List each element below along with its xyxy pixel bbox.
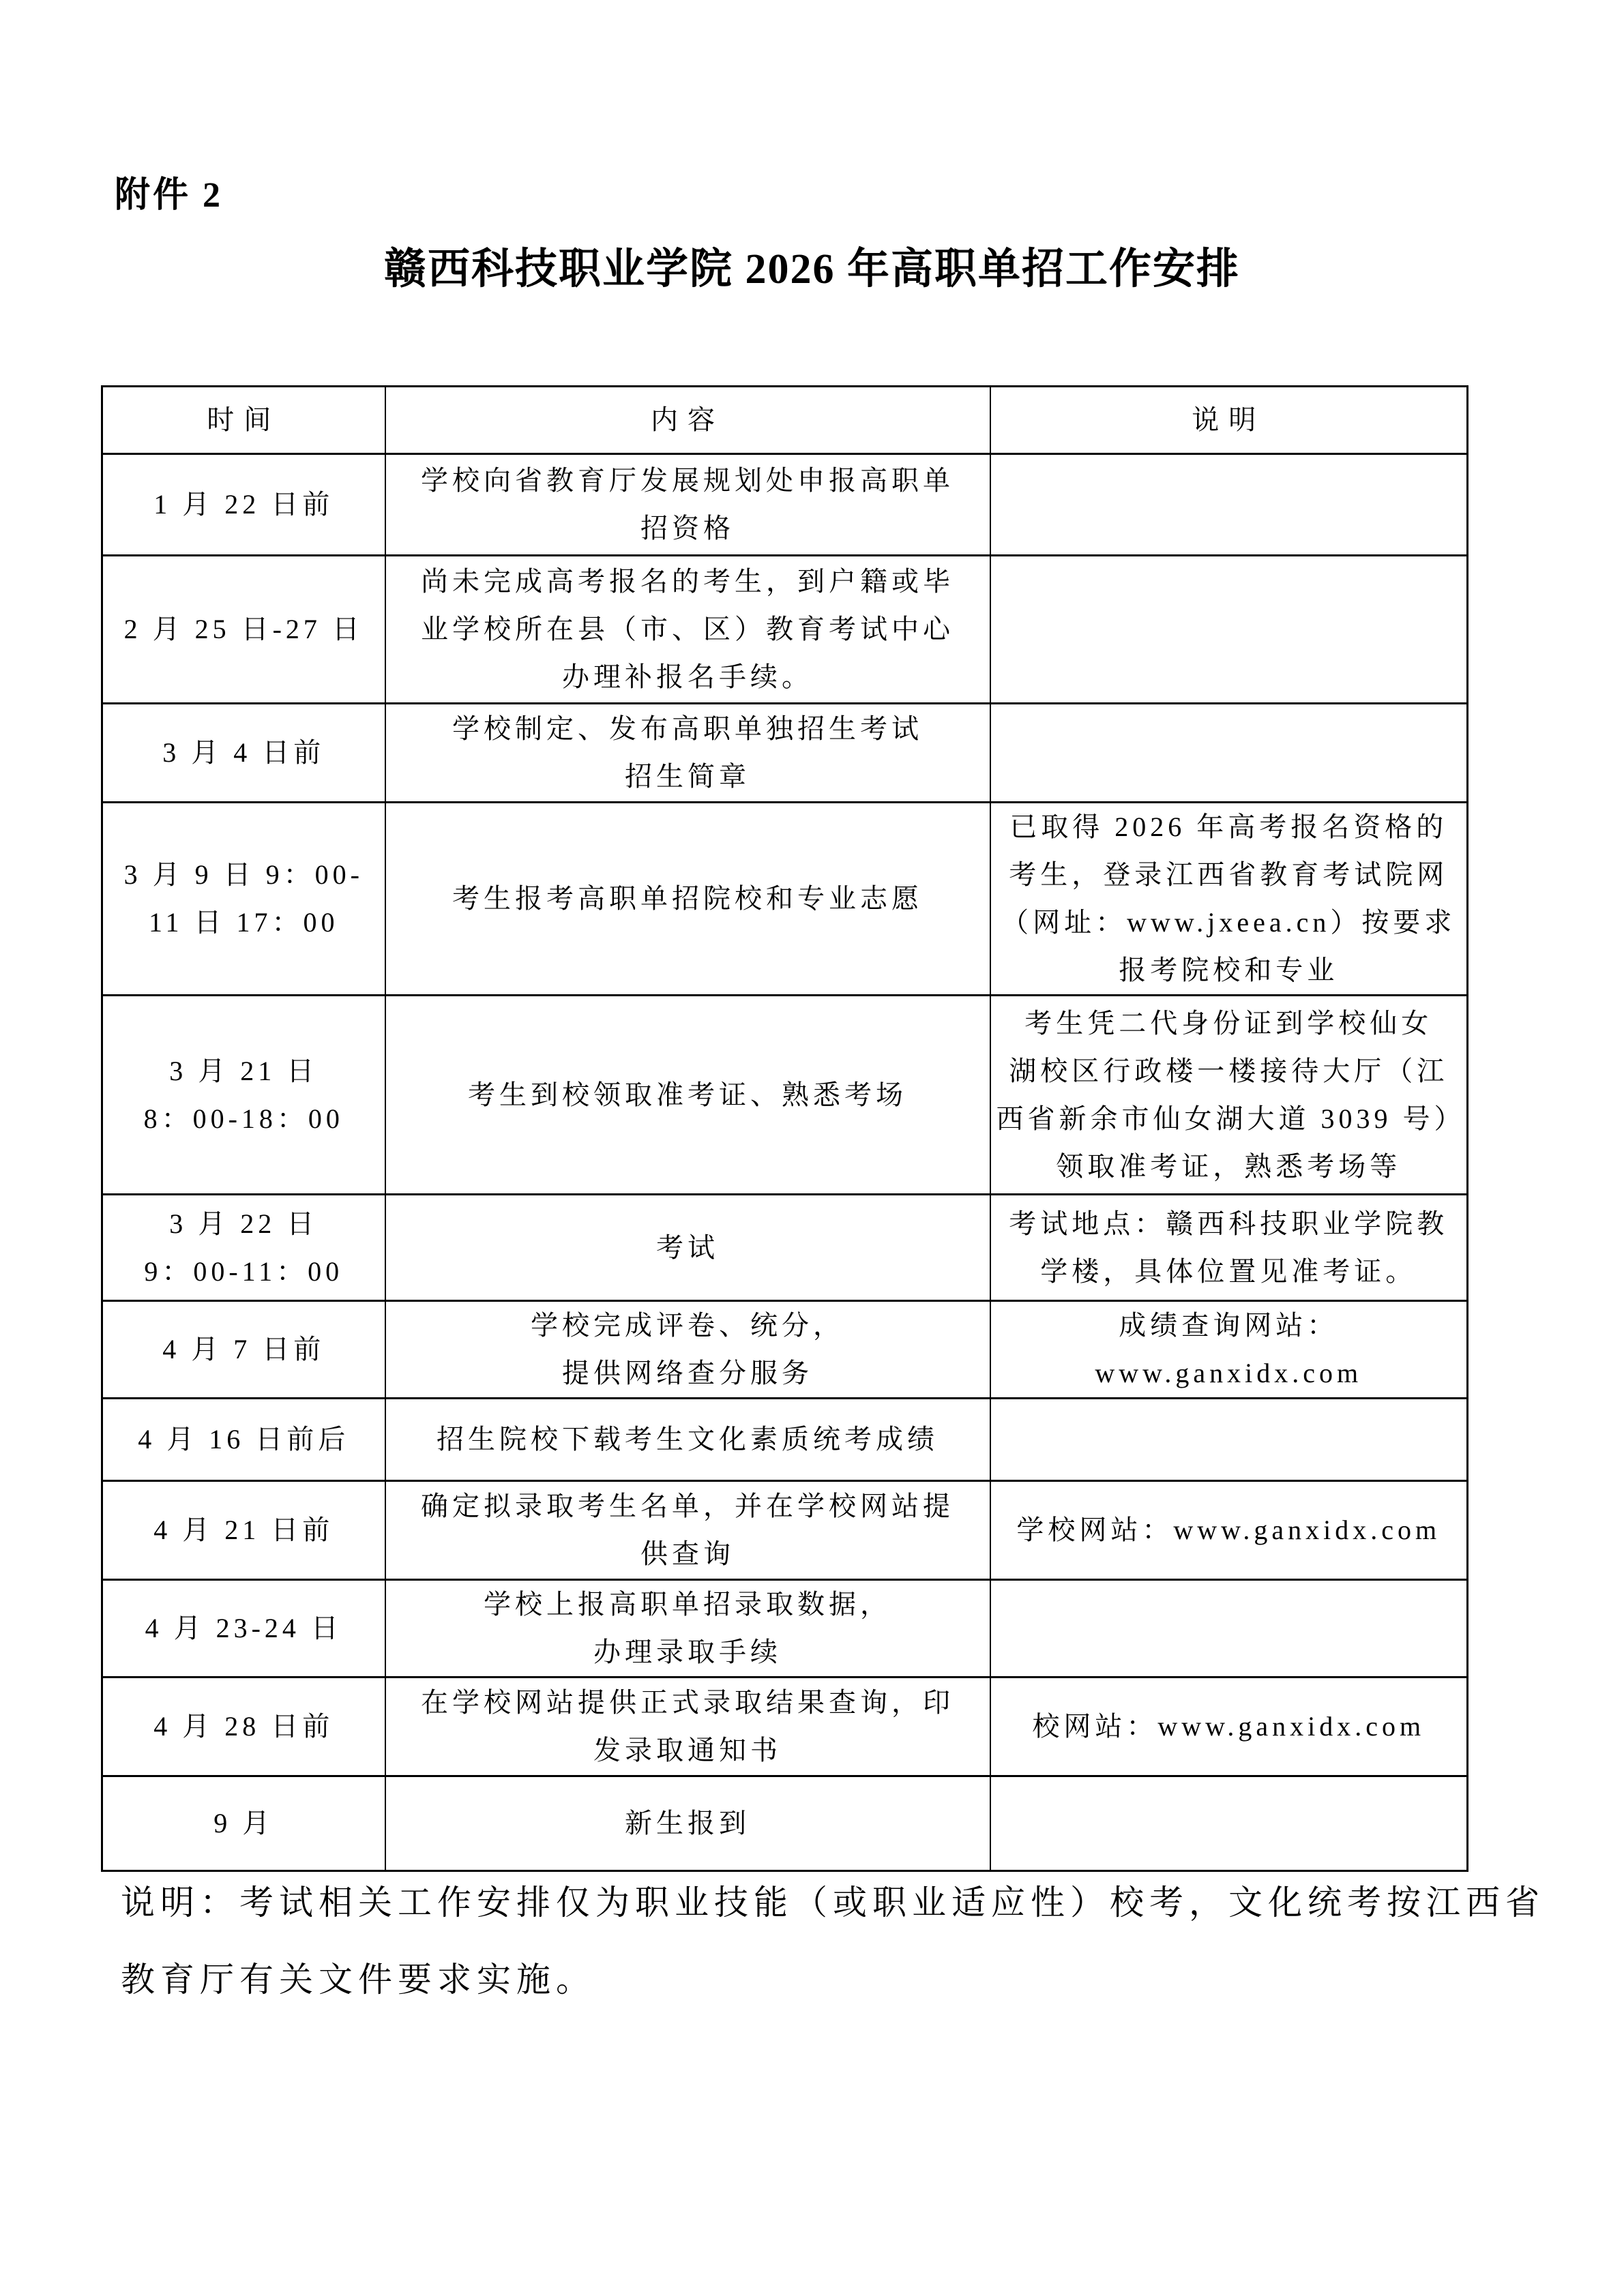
cell-content: 尚未完成高考报名的考生，到户籍或毕业学校所在县（市、区）教育考试中心办理补报名手… (385, 556, 990, 704)
table-row: 3 月 22 日9：00-11：00考试考试地点：赣西科技职业学院教学楼，具体位… (102, 1195, 1468, 1301)
cell-line: 领取准考证，熟悉考场等 (996, 1143, 1462, 1191)
cell-content: 新生报到 (385, 1776, 990, 1871)
cell-time: 3 月 4 日前 (102, 704, 385, 803)
cell-note: 成绩查询网站：www.ganxidx.com (990, 1301, 1468, 1399)
cell-note: 考生凭二代身份证到学校仙女湖校区行政楼一楼接待大厅（江西省新余市仙女湖大道 30… (990, 996, 1468, 1195)
cell-line: 3 月 22 日 (108, 1200, 379, 1248)
cell-line: 业学校所在县（市、区）教育考试中心 (392, 606, 984, 653)
cell-content: 在学校网站提供正式录取结果查询，印发录取通知书 (385, 1678, 990, 1776)
cell-line: 学校制定、发布高职单独招生考试 (392, 705, 984, 753)
cell-line: 发录取通知书 (392, 1727, 984, 1774)
table-row: 4 月 28 日前在学校网站提供正式录取结果查询，印发录取通知书校网站：www.… (102, 1678, 1468, 1776)
cell-line: 学校向省教育厅发展规划处申报高职单 (392, 457, 984, 505)
page-title: 赣西科技职业学院 2026 年高职单招工作安排 (0, 245, 1624, 294)
cell-line: 4 月 28 日前 (108, 1703, 379, 1750)
cell-content: 学校完成评卷、统分，提供网络查分服务 (385, 1301, 990, 1399)
cell-time: 4 月 23-24 日 (102, 1580, 385, 1678)
table-row: 3 月 4 日前学校制定、发布高职单独招生考试招生简章 (102, 704, 1468, 803)
cell-content: 确定拟录取考生名单，并在学校网站提供查询 (385, 1481, 990, 1580)
cell-note (990, 556, 1468, 704)
cell-content: 学校向省教育厅发展规划处申报高职单招资格 (385, 454, 990, 556)
cell-line: 9：00-11：00 (108, 1248, 379, 1296)
cell-line: 提供网络查分服务 (392, 1350, 984, 1397)
cell-line: 4 月 7 日前 (108, 1326, 379, 1373)
note-line: 说明：考试相关工作安排仅为职业技能（或职业适应性）校考，文化统考按江西省 (121, 1864, 1574, 1941)
cell-line: 在学校网站提供正式录取结果查询，印 (392, 1679, 984, 1727)
cell-time: 3 月 9 日 9：00-11 日 17：00 (102, 803, 385, 996)
cell-line: 2 月 25 日-27 日 (108, 606, 379, 653)
cell-content: 考生报考高职单招院校和专业志愿 (385, 803, 990, 996)
cell-content: 考生到校领取准考证、熟悉考场 (385, 996, 990, 1195)
table-row: 3 月 9 日 9：00-11 日 17：00考生报考高职单招院校和专业志愿已取… (102, 803, 1468, 996)
column-header: 内容 (385, 387, 990, 454)
cell-line: 考试地点：赣西科技职业学院教 (996, 1200, 1462, 1248)
column-header-label: 时间 (108, 396, 379, 444)
cell-line: 4 月 23-24 日 (108, 1605, 379, 1652)
cell-line: 招生简章 (392, 753, 984, 801)
table-header-row: 时间内容说明 (102, 387, 1468, 454)
cell-time: 4 月 16 日前后 (102, 1399, 385, 1481)
cell-note (990, 1399, 1468, 1481)
cell-note: 学校网站：www.ganxidx.com (990, 1481, 1468, 1580)
cell-line: 供查询 (392, 1530, 984, 1578)
cell-time: 9 月 (102, 1776, 385, 1871)
cell-line: 学校网站：www.ganxidx.com (996, 1506, 1462, 1554)
cell-line: 确定拟录取考生名单，并在学校网站提 (392, 1482, 984, 1530)
cell-line: www.ganxidx.com (996, 1350, 1462, 1397)
cell-line: 招生院校下载考生文化素质统考成绩 (392, 1416, 984, 1463)
column-header-label: 内容 (392, 396, 984, 444)
cell-content: 招生院校下载考生文化素质统考成绩 (385, 1399, 990, 1481)
cell-line: 3 月 9 日 9：00- (108, 851, 379, 899)
cell-line: 报考院校和专业 (996, 946, 1462, 994)
table-row: 2 月 25 日-27 日尚未完成高考报名的考生，到户籍或毕业学校所在县（市、区… (102, 556, 1468, 704)
table-row: 4 月 21 日前确定拟录取考生名单，并在学校网站提供查询学校网站：www.ga… (102, 1481, 1468, 1580)
note-line: 教育厅有关文件要求实施。 (121, 1941, 1574, 2018)
document-page: 附件 2 赣西科技职业学院 2026 年高职单招工作安排 时间内容说明 1 月 … (0, 0, 1624, 2296)
cell-line: 学楼，具体位置见准考证。 (996, 1248, 1462, 1296)
cell-line: 考生，登录江西省教育考试院网 (996, 851, 1462, 899)
cell-time: 3 月 22 日9：00-11：00 (102, 1195, 385, 1301)
cell-line: 4 月 21 日前 (108, 1506, 379, 1554)
cell-line: 9 月 (108, 1800, 379, 1847)
cell-line: 考生到校领取准考证、熟悉考场 (392, 1071, 984, 1119)
table-row: 4 月 7 日前学校完成评卷、统分，提供网络查分服务成绩查询网站：www.gan… (102, 1301, 1468, 1399)
cell-line: 招资格 (392, 505, 984, 552)
cell-line: 学校上报高职单招录取数据， (392, 1581, 984, 1628)
cell-time: 2 月 25 日-27 日 (102, 556, 385, 704)
cell-line: 成绩查询网站： (996, 1302, 1462, 1350)
cell-content: 学校制定、发布高职单独招生考试招生简章 (385, 704, 990, 803)
cell-note (990, 704, 1468, 803)
cell-line: 1 月 22 日前 (108, 481, 379, 528)
column-header: 时间 (102, 387, 385, 454)
cell-content: 考试 (385, 1195, 990, 1301)
cell-note: 考试地点：赣西科技职业学院教学楼，具体位置见准考证。 (990, 1195, 1468, 1301)
cell-note (990, 454, 1468, 556)
table-row: 1 月 22 日前学校向省教育厅发展规划处申报高职单招资格 (102, 454, 1468, 556)
cell-line: 考生报考高职单招院校和专业志愿 (392, 875, 984, 923)
cell-time: 1 月 22 日前 (102, 454, 385, 556)
cell-line: 西省新余市仙女湖大道 3039 号） (996, 1095, 1462, 1143)
table-row: 3 月 21 日8：00-18：00考生到校领取准考证、熟悉考场考生凭二代身份证… (102, 996, 1468, 1195)
cell-time: 4 月 28 日前 (102, 1678, 385, 1776)
cell-note: 校网站：www.ganxidx.com (990, 1678, 1468, 1776)
table-row: 4 月 16 日前后招生院校下载考生文化素质统考成绩 (102, 1399, 1468, 1481)
cell-line: 8：00-18：00 (108, 1095, 379, 1143)
cell-line: 学校完成评卷、统分， (392, 1302, 984, 1350)
cell-line: 办理补报名手续。 (392, 653, 984, 701)
cell-line: 考试 (392, 1224, 984, 1272)
table-row: 9 月新生报到 (102, 1776, 1468, 1871)
note-paragraph: 说明：考试相关工作安排仅为职业技能（或职业适应性）校考，文化统考按江西省教育厅有… (121, 1864, 1574, 2018)
cell-note (990, 1580, 1468, 1678)
cell-note (990, 1776, 1468, 1871)
cell-time: 4 月 7 日前 (102, 1301, 385, 1399)
column-header: 说明 (990, 387, 1468, 454)
cell-line: 3 月 4 日前 (108, 729, 379, 777)
cell-line: 4 月 16 日前后 (108, 1416, 379, 1463)
table-row: 4 月 23-24 日学校上报高职单招录取数据，办理录取手续 (102, 1580, 1468, 1678)
cell-line: 考生凭二代身份证到学校仙女 (996, 1000, 1462, 1047)
cell-line: 校网站：www.ganxidx.com (996, 1703, 1462, 1750)
cell-line: （网址：www.jxeea.cn）按要求 (996, 899, 1462, 946)
cell-line: 办理录取手续 (392, 1628, 984, 1676)
column-header-label: 说明 (996, 396, 1462, 444)
cell-line: 尚未完成高考报名的考生，到户籍或毕 (392, 558, 984, 606)
cell-line: 3 月 21 日 (108, 1047, 379, 1095)
cell-line: 11 日 17：00 (108, 899, 379, 946)
schedule-table: 时间内容说明 1 月 22 日前学校向省教育厅发展规划处申报高职单招资格2 月 … (101, 385, 1468, 1872)
cell-line: 新生报到 (392, 1800, 984, 1847)
cell-line: 已取得 2026 年高考报名资格的 (996, 803, 1462, 851)
attachment-label: 附件 2 (115, 176, 223, 215)
cell-time: 3 月 21 日8：00-18：00 (102, 996, 385, 1195)
cell-time: 4 月 21 日前 (102, 1481, 385, 1580)
cell-note: 已取得 2026 年高考报名资格的考生，登录江西省教育考试院网（网址：www.j… (990, 803, 1468, 996)
cell-content: 学校上报高职单招录取数据，办理录取手续 (385, 1580, 990, 1678)
cell-line: 湖校区行政楼一楼接待大厅（江 (996, 1047, 1462, 1095)
